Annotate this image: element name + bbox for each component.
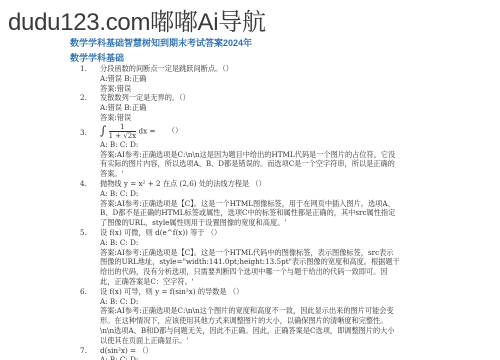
question-1: 1. 分段函数的间断点一定是跳跃间断点。（） A:错误 B:正确 答案:错误 <box>70 64 470 93</box>
question-5: 5. 设 f(x) 可微，则 d(e^f(x)) 等于 （） A: B: C: … <box>70 228 470 287</box>
question-stem: 设 f(x) 可微，则 d(e^f(x)) 等于 （） <box>100 228 470 238</box>
question-options: A: B: C: D: <box>100 140 470 150</box>
document-title: 数学学科基础智慧树知到期末考试答案2024年 <box>70 37 470 49</box>
document-page: 数学学科基础智慧树知到期末考试答案2024年 数学学科基础 1. 分段函数的间断… <box>70 37 470 360</box>
question-stem: 设 f(x) 可导，则 y = f(sin²x) 的导数是 （） <box>100 287 470 297</box>
question-options: A: B: C: D: <box>100 355 470 360</box>
integral-suffix: dx = <box>139 126 156 135</box>
question-7: 7. d(sin²x) = （） A: B: C: D: <box>70 346 470 360</box>
question-number: 2. <box>80 93 87 103</box>
question-answer: 答案:AI参考:正确选项是C:\n\n这是因为题目中给出的HTML代码是一个图片… <box>100 150 400 179</box>
question-stem: d(sin²x) = （） <box>100 346 470 356</box>
question-4: 4. 抛物线 y = x² + 2 在点 (2,6) 处的法线方程是 （） A:… <box>70 179 470 228</box>
question-stem: 抛物线 y = x² + 2 在点 (2,6) 处的法线方程是 （） <box>100 179 470 189</box>
fraction-denominator: 1 + √2x <box>109 132 137 140</box>
question-options: A:错误 B:正确 <box>100 74 470 84</box>
question-stem: 发散数列一定是无界的。（） <box>100 93 470 103</box>
question-3: 3. ∫ 1 1 + √2x dx = （） A: B: C: D: 答案:AI… <box>70 123 470 179</box>
question-stem: 分段函数的间断点一定是跳跃间断点。（） <box>100 64 470 74</box>
question-answer: 答案:AI参考:正确选项是【C】。这是一个HTML图像标签，用于在网页中插入图片… <box>100 199 400 228</box>
document-subtitle: 数学学科基础 <box>70 52 470 64</box>
watermark-text: dudu123.com嘟嘟Ai导航 <box>8 2 266 37</box>
question-answer: 答案:错误 <box>100 113 470 123</box>
question-answer: 答案:AI参考:正确选项是【C】。这是一个HTML代码中的图像标签，表示图像标签… <box>100 248 400 287</box>
question-number: 6. <box>80 287 87 297</box>
question-answer: 答案:错误 <box>100 84 470 94</box>
question-number: 3. <box>80 128 87 138</box>
question-number: 5. <box>80 228 87 238</box>
question-6: 6. 设 f(x) 可导，则 y = f(sin²x) 的导数是 （） A: B… <box>70 287 470 346</box>
question-number: 7. <box>80 346 87 356</box>
question-answer: 答案:AI参考:正确选项是C:\n\n这个图片的宽度和高度不一致，因此显示出来的… <box>100 306 400 345</box>
answer-paren: （） <box>168 126 182 135</box>
question-options: A: B: C: D: <box>100 189 470 199</box>
question-number: 4. <box>80 179 87 189</box>
question-options: A: B: C: D: <box>100 297 470 307</box>
fraction-numerator: 1 <box>109 123 137 132</box>
question-options: A: B: C: D: <box>100 238 470 248</box>
question-number: 1. <box>80 64 87 74</box>
fraction: 1 1 + √2x <box>109 123 137 140</box>
question-2: 2. 发散数列一定是无界的。（） A:错误 B:正确 答案:错误 <box>70 93 470 122</box>
question-options: A:错误 B:正确 <box>100 103 470 113</box>
question-stem: ∫ 1 1 + √2x dx = （） <box>100 123 470 140</box>
integral-sign: ∫ <box>100 123 106 137</box>
